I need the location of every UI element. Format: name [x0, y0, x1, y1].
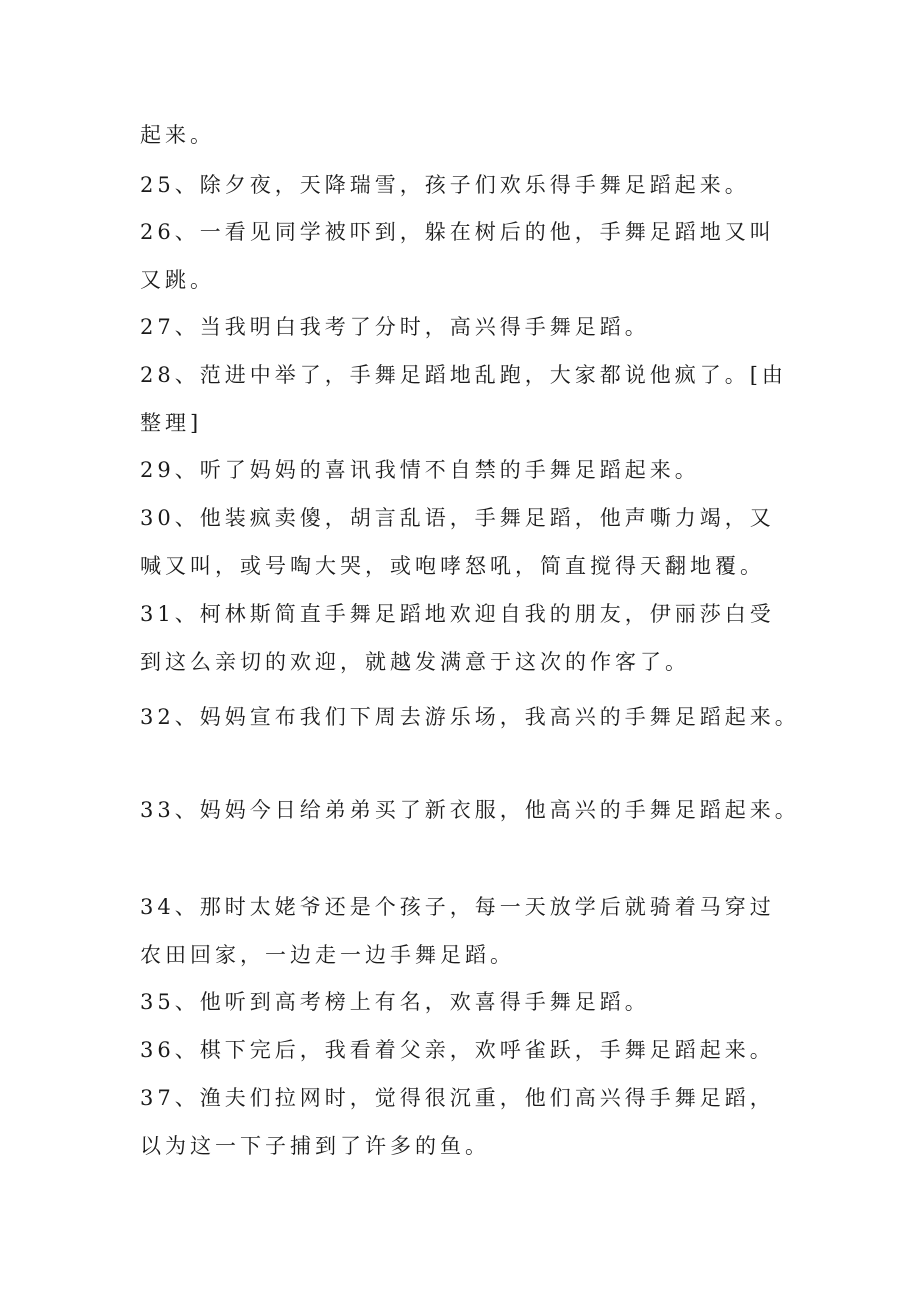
sentence-28-cont: 整理] [140, 408, 202, 438]
sentence-26: 26、一看见同学被吓到，躲在树后的他，手舞足蹈地又叫 [140, 217, 775, 247]
sentence-30-cont: 喊又叫，或号啕大哭，或咆哮怒吼，简直搅得天翻地覆。 [140, 551, 765, 581]
sentence-34: 34、那时太姥爷还是个孩子，每一天放学后就骑着马穿过 [140, 892, 775, 922]
sentence-25: 25、除夕夜，天降瑞雪，孩子们欢乐得手舞足蹈起来。 [140, 170, 750, 200]
sentence-33: 33、妈妈今日给弟弟买了新衣服，他高兴的手舞足蹈起来。 [140, 795, 800, 825]
document-page: 起来。 25、除夕夜，天降瑞雪，孩子们欢乐得手舞足蹈起来。 26、一看见同学被吓… [0, 0, 920, 1302]
sentence-27: 27、当我明白我考了分时，高兴得手舞足蹈。 [140, 312, 650, 342]
sentence-36: 36、棋下完后，我看着父亲，欢呼雀跃，手舞足蹈起来。 [140, 1035, 775, 1065]
sentence-28: 28、范进中举了，手舞足蹈地乱跑，大家都说他疯了。[由 [140, 360, 787, 390]
sentence-26-cont: 又跳。 [140, 265, 215, 295]
sentence-35: 35、他听到高考榜上有名，欢喜得手舞足蹈。 [140, 987, 650, 1017]
sentence-37-cont: 以为这一下子捕到了许多的鱼。 [140, 1131, 490, 1161]
sentence-34-cont: 农田回家，一边走一边手舞足蹈。 [140, 940, 515, 970]
sentence-31: 31、柯林斯简直手舞足蹈地欢迎自我的朋友，伊丽莎白受 [140, 599, 775, 629]
sentence-37: 37、渔夫们拉网时，觉得很沉重，他们高兴得手舞足蹈， [140, 1083, 775, 1113]
text-line: 起来。 [140, 120, 215, 150]
sentence-31-cont: 到这么亲切的欢迎，就越发满意于这次的作客了。 [140, 647, 690, 677]
sentence-30: 30、他装疯卖傻，胡言乱语，手舞足蹈，他声嘶力竭，又 [140, 503, 775, 533]
sentence-32: 32、妈妈宣布我们下周去游乐场，我高兴的手舞足蹈起来。 [140, 702, 800, 732]
sentence-29: 29、听了妈妈的喜讯我情不自禁的手舞足蹈起来。 [140, 455, 700, 485]
